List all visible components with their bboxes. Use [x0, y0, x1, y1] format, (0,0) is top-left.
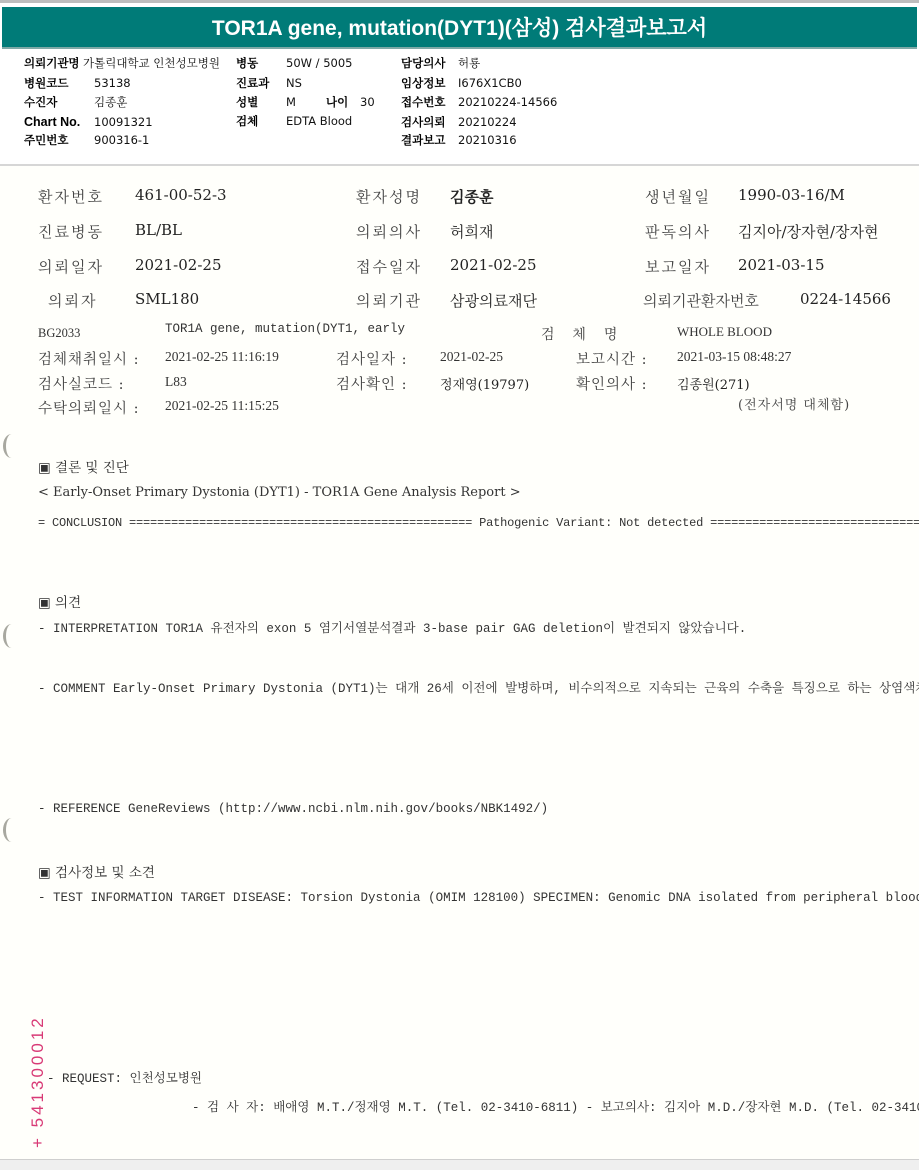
punch-hole-mark — [3, 624, 20, 648]
window-top-border — [0, 0, 919, 3]
header-value: M — [286, 95, 326, 109]
header-field: Chart No.10091321 — [24, 114, 153, 130]
punch-hole-mark — [3, 818, 20, 842]
bottom-margin — [0, 1159, 919, 1170]
patient-label: 생년월일 — [645, 186, 711, 207]
patient-value: 461-00-52-3 — [135, 186, 227, 204]
patient-label: 접수일자 — [356, 256, 422, 277]
conclusion-box: = CONCLUSION ===========================… — [38, 516, 919, 530]
header-field: 병원코드53138 — [24, 75, 131, 91]
header-label: 검체 — [236, 113, 286, 129]
patient-label: 판독의사 — [645, 221, 711, 242]
header-value: 10091321 — [94, 115, 153, 129]
header-value: 20210316 — [458, 133, 517, 147]
patient-value: 허희재 — [450, 221, 493, 242]
header-field: 병동50W / 5005 — [236, 55, 352, 71]
patient-label: 의뢰자 — [48, 290, 97, 311]
header-field: 접수번호20210224-14566 — [401, 94, 557, 110]
specimen-value: WHOLE BLOOD — [677, 324, 772, 340]
test-information-text: - TEST INFORMATION TARGET DISEASE: Torsi… — [38, 891, 919, 906]
signers-text: - 검 사 자: 배애영 M.T./정재영 M.T. (Tel. 02-3410… — [192, 1101, 919, 1116]
header-label: 임상정보 — [401, 75, 458, 91]
header-value: EDTA Blood — [286, 114, 352, 128]
interpretation-text: - INTERPRETATION TOR1A 유전자의 exon 5 염기서열분… — [38, 622, 746, 637]
header-value: NS — [286, 76, 302, 90]
request-header: 의뢰기관명가톨릭대학교 인천성모병원 병원코드53138 수진자김종훈 Char… — [0, 49, 919, 166]
header-label: 병동 — [236, 55, 286, 71]
specimen-label: 검 체 명 — [541, 324, 620, 344]
patient-value: 삼광의료재단 — [450, 290, 537, 311]
header-label: 결과보고 — [401, 132, 458, 148]
room-label: 검사실코드 : — [38, 373, 125, 394]
doctor-label: 확인의사 : — [576, 373, 648, 394]
reporttime-value: 2021-03-15 08:48:27 — [677, 349, 791, 365]
testdate-value: 2021-02-25 — [440, 349, 503, 365]
patient-label: 환자번호 — [38, 186, 104, 207]
header-label: 성별 — [236, 94, 286, 110]
punch-hole-mark — [3, 434, 20, 458]
consign-value: 2021-02-25 11:15:25 — [165, 398, 279, 414]
header-field: 의뢰기관명가톨릭대학교 인천성모병원 — [24, 55, 220, 71]
document-id-stamp: + 541300012 — [28, 1015, 46, 1160]
header-label: 의뢰기관명 — [24, 55, 81, 71]
confirm-label: 검사확인 : — [336, 373, 408, 394]
header-field: 검사의뢰20210224 — [401, 114, 517, 130]
patient-label: 환자성명 — [356, 186, 422, 207]
header-value: 50W / 5005 — [286, 56, 352, 70]
header-label: 검사의뢰 — [401, 114, 458, 130]
patient-value: 2021-02-25 — [135, 256, 221, 274]
patient-value: 0224-14566 — [800, 290, 891, 308]
header-field: 성별M나이30 — [236, 94, 375, 110]
header-value: 20210224-14566 — [458, 95, 557, 109]
comment-text: - COMMENT Early-Onset Primary Dystonia (… — [38, 682, 919, 697]
header-value: 30 — [360, 95, 375, 109]
confirm-value: 정재영(19797) — [440, 374, 529, 393]
report-subtitle: < Early-Onset Primary Dystonia (DYT1) - … — [38, 485, 521, 500]
header-value: I676X1CB0 — [458, 76, 522, 90]
patient-label: 의뢰기관환자번호 — [643, 290, 759, 311]
reporttime-label: 보고시간 : — [576, 348, 648, 369]
header-label: 수진자 — [24, 94, 94, 110]
header-field: 수진자김종훈 — [24, 94, 127, 110]
doctor-value: 김종원(271) — [677, 374, 750, 393]
collect-value: 2021-02-25 11:16:19 — [165, 349, 279, 365]
patient-label: 의뢰일자 — [38, 256, 104, 277]
patient-value: SML180 — [135, 290, 199, 308]
test-info-heading: ▣ 검사정보 및 소견 — [38, 861, 155, 881]
esign-note: (전자서명 대체함) — [738, 394, 850, 413]
request-text: - REQUEST: 인천성모병원 — [47, 1072, 202, 1087]
collect-label: 검체채취일시 : — [38, 348, 140, 369]
reference-text: - REFERENCE GeneReviews (http://www.ncbi… — [38, 802, 548, 817]
header-label: 병원코드 — [24, 75, 94, 91]
opinion-heading: ▣ 의견 — [38, 591, 81, 611]
header-label: 담당의사 — [401, 55, 458, 71]
patient-label: 의뢰기관 — [356, 290, 422, 311]
consign-label: 수탁의뢰일시 : — [38, 397, 140, 418]
testdate-label: 검사일자 : — [336, 348, 408, 369]
patient-label: 의뢰의사 — [356, 221, 422, 242]
header-label: Chart No. — [24, 115, 94, 129]
header-label: 접수번호 — [401, 94, 458, 110]
header-field: 진료과NS — [236, 75, 302, 91]
patient-name: 김종훈 — [450, 186, 493, 207]
header-value: 김종훈 — [94, 94, 127, 110]
patient-value: BL/BL — [135, 221, 182, 239]
header-field: 검체EDTA Blood — [236, 113, 352, 129]
header-value: 900316-1 — [94, 133, 149, 147]
test-code: BG2033 — [38, 326, 80, 341]
conclusion-heading: ▣ 결론 및 진단 — [38, 456, 129, 476]
header-value: 허룡 — [458, 55, 480, 71]
header-label: 주민번호 — [24, 132, 94, 148]
room-value: L83 — [165, 374, 187, 390]
header-field: 임상정보I676X1CB0 — [401, 75, 522, 91]
header-value: 가톨릭대학교 인천성모병원 — [83, 55, 220, 71]
header-value: 20210224 — [458, 115, 517, 129]
header-label: 나이 — [326, 94, 360, 110]
patient-value: 2021-03-15 — [738, 256, 824, 274]
header-field: 주민번호900316-1 — [24, 132, 149, 148]
header-field: 결과보고20210316 — [401, 132, 517, 148]
report-title: TOR1A gene, mutation(DYT1)(삼성) 검사결과보고서 — [212, 12, 707, 42]
header-value: 53138 — [94, 76, 131, 90]
scanned-report — [0, 166, 919, 1161]
patient-value: 2021-02-25 — [450, 256, 536, 274]
patient-value: 김지아/장자현/장자현 — [738, 221, 879, 242]
patient-label: 보고일자 — [645, 256, 711, 277]
patient-value: 1990-03-16/M — [738, 186, 845, 204]
patient-label: 진료병동 — [38, 221, 104, 242]
header-label: 진료과 — [236, 75, 286, 91]
test-name: TOR1A gene, mutation(DYT1, early — [165, 322, 405, 336]
header-field: 담당의사허룡 — [401, 55, 480, 71]
report-title-bar: TOR1A gene, mutation(DYT1)(삼성) 검사결과보고서 — [2, 7, 917, 49]
